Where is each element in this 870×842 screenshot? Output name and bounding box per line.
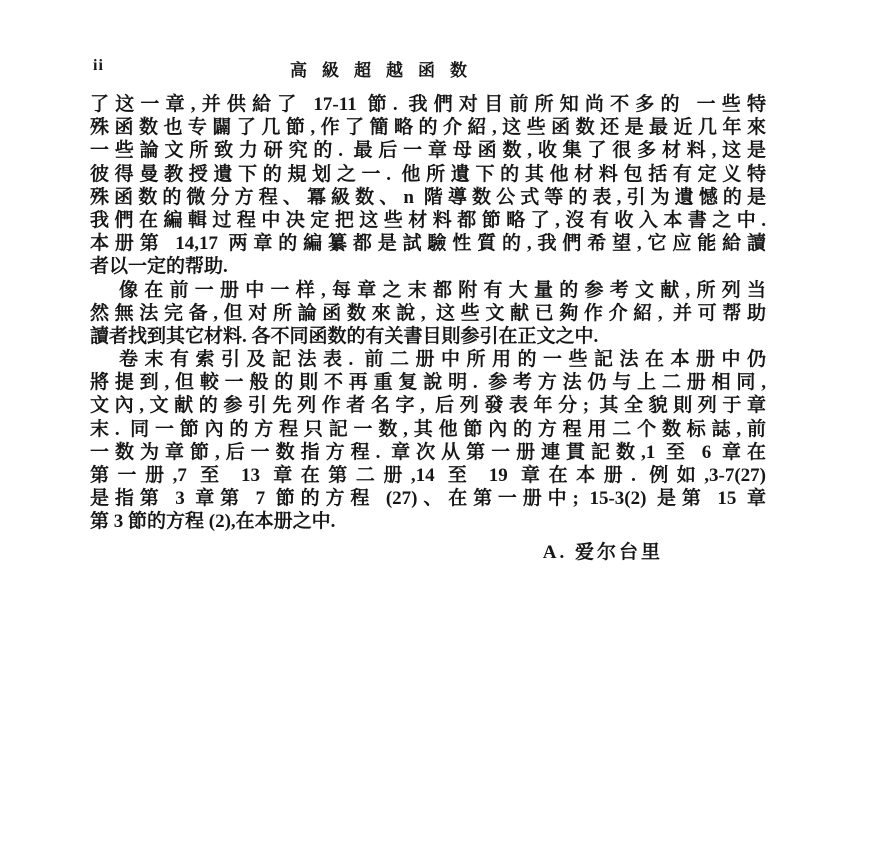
body-line-5: 殊函数的微分方程、冪級数、n 階導数公式等的表,引为遺憾的是 xyxy=(90,186,766,209)
page-number: ii xyxy=(93,57,104,75)
running-title: 高級超越函数 xyxy=(290,56,482,81)
body-line-17: 第一册,7 至 13 章在第二册,14 至 19 章在本册. 例如,3-7(27… xyxy=(90,464,766,487)
body-line-6: 我們在編輯过程中决定把这些材料都節略了,沒有收入本書之中. xyxy=(90,209,766,232)
body-line-4: 彼得曼教授遺下的規划之一. 他所遺下的其他材料包括有定义特 xyxy=(90,163,766,186)
author-signature: A. 爱尔台里 xyxy=(90,541,766,564)
body-line-11: 讀者找到其它材料. 各不同函数的有关書目則参引在正文之中. xyxy=(90,325,766,348)
body-line-8: 者以一定的帮助. xyxy=(90,255,766,278)
body-line-3: 一些論文所致力研究的. 最后一章母函数,收集了很多材料,这是 xyxy=(90,139,766,162)
body-line-2: 殊函数也专闢了几節,作了簡略的介紹,这些函数还是最近几年來 xyxy=(90,116,766,139)
body-line-7: 本册第 14,17 两章的編纂都是試驗性質的,我們希望,它应能給讀 xyxy=(90,232,766,255)
body-line-13: 將提到,但較一般的則不再重复說明. 参考方法仍与上二册相同, xyxy=(90,371,766,394)
book-page: ii 高級超越函数 了这一章,并供給了 17-11 節. 我們对目前所知尚不多的… xyxy=(0,0,870,842)
body-line-9: 像在前一册中一样,每章之末都附有大量的参考文献,所列当 xyxy=(90,279,766,302)
body-line-18: 是指第 3 章第 7 節的方程 (27)、在第一册中; 15-3(2) 是第 1… xyxy=(90,487,766,510)
body-line-10: 然無法完备,但对所論函数來說, 这些文献已夠作介紹, 并可帮助 xyxy=(90,302,766,325)
body-line-19: 第 3 節的方程 (2),在本册之中. xyxy=(90,510,766,533)
body-line-14: 文內,文献的参引先列作者名字, 后列發表年分; 其全貌則列于章 xyxy=(90,394,766,417)
body-line-15: 末. 同一節內的方程只記一数,其他節內的方程用二个数标誌,前 xyxy=(90,418,766,441)
body-line-16: 一数为章節,后一数指方程. 章次从第一册連貫記数,1 至 6 章在 xyxy=(90,441,766,464)
body-line-12: 卷末有索引及記法表. 前二册中所用的一些記法在本册中仍 xyxy=(90,348,766,371)
body-line-1: 了这一章,并供給了 17-11 節. 我們对目前所知尚不多的 一些特 xyxy=(90,93,766,116)
body-text: 了这一章,并供給了 17-11 節. 我們对目前所知尚不多的 一些特 殊函数也专… xyxy=(90,93,766,564)
